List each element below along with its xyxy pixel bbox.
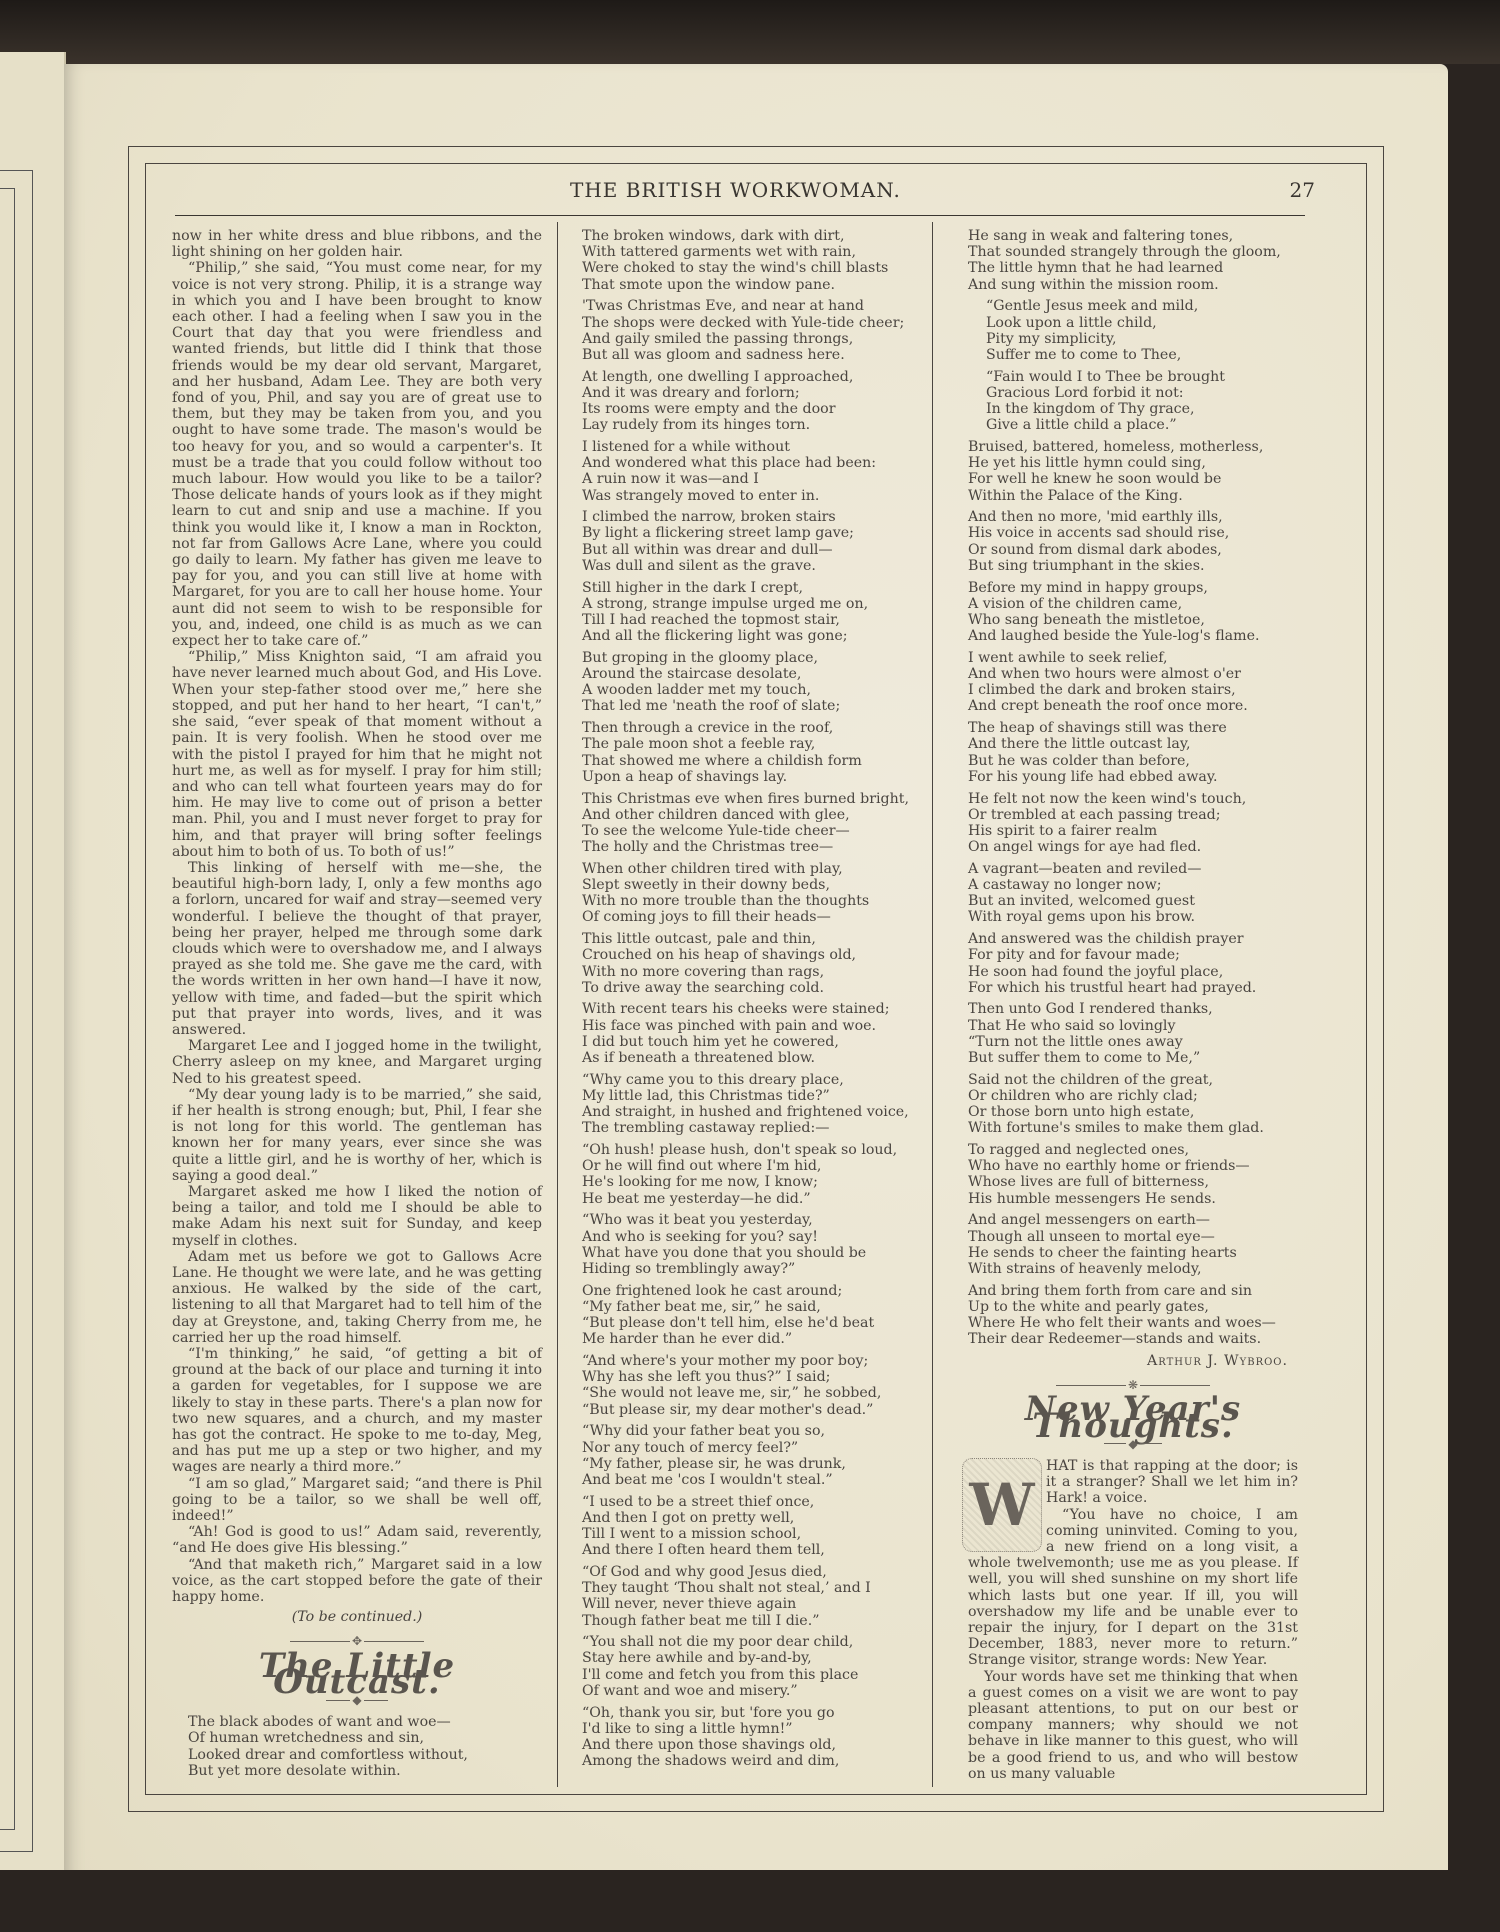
poem-line: I listened for a while without (582, 439, 912, 455)
poem-line: And wondered what this place had been: (582, 455, 912, 471)
poem-stanza: A vagrant—beaten and reviled—A castaway … (968, 861, 1298, 926)
previous-page-edge (0, 52, 66, 1872)
poem-line: And sung within the mission room. (968, 277, 1298, 293)
poem-line: And beat me 'cos I wouldn't steal.” (582, 1472, 912, 1488)
essay-body: W HAT is that rapping at the door; is it… (968, 1458, 1298, 1782)
hymn-stanza: “Gentle Jesus meek and mild,Look upon a … (968, 298, 1298, 363)
poem-line: Bruised, battered, homeless, motherless, (968, 439, 1298, 455)
poem-stanza: I went awhile to seek relief,And when tw… (968, 650, 1298, 715)
previous-page-frame-inner (0, 188, 15, 1830)
poem-line: His humble messengers He sends. (968, 1191, 1298, 1207)
poem-line: I climbed the narrow, broken stairs (582, 509, 912, 525)
poem-line: For which his trustful heart had prayed. (968, 980, 1298, 996)
poem-line: And laughed beside the Yule-log's flame. (968, 628, 1298, 644)
poem-stanza: Said not the children of the great,Or ch… (968, 1072, 1298, 1137)
poem-line: “Oh hush! please hush, don't speak so lo… (582, 1142, 912, 1158)
poem-line: And bring them forth from care and sin (968, 1283, 1298, 1299)
poem-line: Though father beat me till I die.” (582, 1613, 912, 1629)
poem-line: Among the shadows weird and dim, (582, 1753, 912, 1769)
poem-line: Who sang beneath the mistletoe, (968, 612, 1298, 628)
poem-line: “Why did your father beat you so, (582, 1423, 912, 1439)
poem-line: Said not the children of the great, (968, 1072, 1298, 1088)
poem-line: Within the Palace of the King. (968, 488, 1298, 504)
poem-line: Hiding so tremblingly away?” (582, 1261, 912, 1277)
poem-line: He beat me yesterday—he did.” (582, 1191, 912, 1207)
poem-line: To see the welcome Yule-tide cheer— (582, 823, 912, 839)
poem-line: To drive away the searching cold. (582, 980, 912, 996)
poem-line: For his young life had ebbed away. (968, 769, 1298, 785)
poem-line: Their dear Redeemer—stands and waits. (968, 1331, 1298, 1347)
poem-line: The pale moon shot a feeble ray, (582, 736, 912, 752)
poem-stanza: Then unto God I rendered thanks,That He … (968, 1001, 1298, 1066)
poem-line: A wooden ladder met my touch, (582, 682, 912, 698)
scan-backdrop-top (0, 0, 1500, 64)
poem-line: The holly and the Christmas tree— (582, 839, 912, 855)
poem-line: Suffer me to come to Thee, (986, 347, 1298, 363)
poem-line: But all was gloom and sadness here. (582, 347, 912, 363)
poem-stanza: “You shall not die my poor dear child,St… (582, 1634, 912, 1699)
poem-line: But all within was drear and dull— (582, 542, 912, 558)
poem-line: “You shall not die my poor dear child, (582, 1634, 912, 1650)
story-paragraph: Margaret asked me how I liked the notion… (172, 1184, 542, 1249)
poem-line: I went awhile to seek relief, (968, 650, 1298, 666)
poem-stanza: This Christmas eve when fires burned bri… (582, 791, 912, 856)
poem-stanza: “Why came you to this dreary place,My li… (582, 1072, 912, 1137)
poem-line: This Christmas eve when fires burned bri… (582, 791, 912, 807)
poem-line: Where He who felt their wants and woes— (968, 1315, 1298, 1331)
poem-line: That sounded strangely through the gloom… (968, 244, 1298, 260)
story-paragraph: “Philip,” she said, “You must come near,… (172, 260, 542, 649)
story-paragraph: “I am so glad,” Margaret said; “and ther… (172, 1476, 542, 1525)
poem-line: And straight, in hushed and frightened v… (582, 1104, 912, 1120)
poem-line: Give a little child a place.” (986, 417, 1298, 433)
poem-line: Or those born unto high estate, (968, 1104, 1298, 1120)
story-paragraph: Adam met us before we got to Gallows Acr… (172, 1249, 542, 1346)
poem-line: When other children tired with play, (582, 861, 912, 877)
poem-stanza: One frightened look he cast around;“My f… (582, 1283, 912, 1348)
poem-stanza: Bruised, battered, homeless, motherless,… (968, 439, 1298, 504)
poem-stanza: Still higher in the dark I crept,A stron… (582, 580, 912, 645)
page-number: 27 (1290, 178, 1315, 202)
poem-line: But groping in the gloomy place, (582, 650, 912, 666)
poem-line: They taught ‘Thou shalt not steal,’ and … (582, 1580, 912, 1596)
poem-line: With tattered garments wet with rain, (582, 244, 912, 260)
diamond-icon: ◆ (352, 1692, 361, 1708)
poem-line: Who have no earthly home or friends— (968, 1158, 1298, 1174)
poem-line: “Oh, thank you sir, but 'fore you go (582, 1705, 912, 1721)
poem-line: “My father, please sir, he was drunk, (582, 1456, 912, 1472)
column-divider-2 (932, 222, 933, 1787)
hymn-stanza: “Fain would I to Thee be broughtGracious… (968, 369, 1298, 434)
poem-line: And there the little outcast lay, (968, 736, 1298, 752)
poem-line: His face was pinched with pain and woe. (582, 1018, 912, 1034)
poem-line: Of want and woe and misery.” (582, 1683, 912, 1699)
poem-stanza: But groping in the gloomy place,Around t… (582, 650, 912, 715)
poem-line: The broken windows, dark with dirt, (582, 228, 912, 244)
poem-line: The trembling castaway replied:— (582, 1120, 912, 1136)
story-paragraph: This linking of herself with me—she, the… (172, 860, 542, 1038)
column-1: now in her white dress and blue ribbons,… (172, 228, 542, 1785)
poem-line: Around the staircase desolate, (582, 666, 912, 682)
poem-line: On angel wings for aye had fled. (968, 839, 1298, 855)
poem-line: Then unto God I rendered thanks, (968, 1001, 1298, 1017)
poem-line: The little hymn that he had learned (968, 260, 1298, 276)
poem-line: What have you done that you should be (582, 1245, 912, 1261)
poem-stanza: Before my mind in happy groups,A vision … (968, 580, 1298, 645)
poem-line: “Turn not the little ones away (968, 1034, 1298, 1050)
poem-line: By light a flickering street lamp gave; (582, 525, 912, 541)
poem-stanza: And answered was the childish prayerFor … (968, 931, 1298, 996)
poem-line: And there upon those shavings old, (582, 1737, 912, 1753)
poem-line: Was dull and silent as the grave. (582, 558, 912, 574)
poem-line: Its rooms were empty and the door (582, 401, 912, 417)
poem-line: A vagrant—beaten and reviled— (968, 861, 1298, 877)
poem-line: “Of God and why good Jesus died, (582, 1564, 912, 1580)
poem-line: Of coming joys to fill their heads— (582, 909, 912, 925)
poem-line: One frightened look he cast around; (582, 1283, 912, 1299)
column-2: The broken windows, dark with dirt,With … (582, 228, 912, 1775)
poem-line: He sang in weak and faltering tones, (968, 228, 1298, 244)
story-paragraph: now in her white dress and blue ribbons,… (172, 228, 542, 260)
poem-line: Stay here awhile and by-and-by, (582, 1650, 912, 1666)
poem-stanza: He felt not now the keen wind's touch,Or… (968, 791, 1298, 856)
poem-line: And crept beneath the roof once more. (968, 698, 1298, 714)
poem-stanza: I climbed the narrow, broken stairsBy li… (582, 509, 912, 574)
poem-stanza: And angel messengers on earth—Though all… (968, 1212, 1298, 1277)
poem-stanza: With recent tears his cheeks were staine… (582, 1001, 912, 1066)
poem-stanza: “Oh hush! please hush, don't speak so lo… (582, 1142, 912, 1207)
poem-stanza: And bring them forth from care and sinUp… (968, 1283, 1298, 1348)
poem-line: A vision of the children came, (968, 596, 1298, 612)
poem-line: As if beneath a threatened blow. (582, 1050, 912, 1066)
poem-line: And then I got on pretty well, (582, 1510, 912, 1526)
poem-line: “I used to be a street thief once, (582, 1494, 912, 1510)
poem-line: Looked drear and comfortless without, (188, 1747, 542, 1763)
poem-line: Whose lives are full of bitterness, (968, 1174, 1298, 1190)
story-paragraph: “I'm thinking,” he said, “of getting a b… (172, 1346, 542, 1476)
poem-line: “She would not leave me, sir,” he sobbed… (582, 1385, 912, 1401)
poem-line: Or he will find out where I'm hid, (582, 1158, 912, 1174)
poem-line: For pity and for favour made; (968, 947, 1298, 963)
poem-line: And then no more, 'mid earthly ills, (968, 509, 1298, 525)
poem-line: Or children who are richly clad; (968, 1088, 1298, 1104)
essay-paragraph: Your words have set me thinking that whe… (968, 1669, 1298, 1782)
poem-line: “But please sir, my dear mother's dead.” (582, 1402, 912, 1418)
poem-line: With no more trouble than the thoughts (582, 893, 912, 909)
title-ornament: ◆ (968, 1436, 1298, 1452)
poem-line: “Fain would I to Thee be brought (986, 369, 1298, 385)
poem-line: Gracious Lord forbid it not: (986, 385, 1298, 401)
poem-line: And when two hours were almost o'er (968, 666, 1298, 682)
poem-line: And there I often heard them tell, (582, 1542, 912, 1558)
poem-line: Nor any touch of mercy feel?” (582, 1440, 912, 1456)
poem-line: Though all unseen to mortal eye— (968, 1229, 1298, 1245)
scan-backdrop-bottom (0, 1870, 1500, 1932)
poem-stanza: This little outcast, pale and thin,Crouc… (582, 931, 912, 996)
column-divider-1 (557, 222, 558, 1787)
poem-line: “But please don't tell him, else he'd be… (582, 1315, 912, 1331)
poem-line: Till I went to a mission school, (582, 1526, 912, 1542)
poem-line: Me harder than he ever did.” (582, 1331, 912, 1347)
poem-line: And other children danced with glee, (582, 807, 912, 823)
to-be-continued: (To be continued.) (172, 1609, 542, 1625)
poem-line: “Why came you to this dreary place, (582, 1072, 912, 1088)
poem-line: And angel messengers on earth— (968, 1212, 1298, 1228)
poem-line: Then through a crevice in the roof, (582, 720, 912, 736)
poem-stanza: “Who was it beat you yesterday,And who i… (582, 1212, 912, 1277)
poem-line: And all the flickering light was gone; (582, 628, 912, 644)
poem-line: And it was dreary and forlorn; (582, 385, 912, 401)
poem-stanza: “I used to be a street thief once,And th… (582, 1494, 912, 1559)
poem-stanza: “Oh, thank you sir, but 'fore you goI'd … (582, 1705, 912, 1770)
poem-line: He's looking for me now, I know; (582, 1174, 912, 1190)
poem-line: Till I had reached the topmost stair, (582, 612, 912, 628)
story-paragraph: “Philip,” Miss Knighton said, “I am afra… (172, 649, 542, 860)
poem-line: And who is seeking for you? say! (582, 1229, 912, 1245)
poem-line: “My father beat me, sir,” he said, (582, 1299, 912, 1315)
poem-line: For well he knew he soon would be (968, 471, 1298, 487)
poem-line: With strains of heavenly melody, (968, 1261, 1298, 1277)
poem-line: Will never, never thieve again (582, 1596, 912, 1612)
poem-stanza: And then no more, 'mid earthly ills,His … (968, 509, 1298, 574)
poem-line: But yet more desolate within. (188, 1763, 542, 1779)
poem-line: But he was colder than before, (968, 753, 1298, 769)
poem-line: To ragged and neglected ones, (968, 1142, 1298, 1158)
poem-line: His voice in accents sad should rise, (968, 525, 1298, 541)
poem-line: And answered was the childish prayer (968, 931, 1298, 947)
poem-line: Look upon a little child, (986, 315, 1298, 331)
poem-author: Arthur J. Wybroo. (968, 1353, 1288, 1369)
poem-line: Or sound from dismal dark abodes, (968, 542, 1298, 558)
poem-line: 'Twas Christmas Eve, and near at hand (582, 298, 912, 314)
poem-line: The shops were decked with Yule-tide che… (582, 315, 912, 331)
poem-stanza: I listened for a while withoutAnd wonder… (582, 439, 912, 504)
poem-line: Up to the white and pearly gates, (968, 1299, 1298, 1315)
poem-line: Crouched on his heap of shavings old, (582, 947, 912, 963)
poem-line: With recent tears his cheeks were staine… (582, 1001, 912, 1017)
poem-stanza: At length, one dwelling I approached,And… (582, 369, 912, 434)
poem-line: Still higher in the dark I crept, (582, 580, 912, 596)
poem-line: That showed me where a childish form (582, 753, 912, 769)
poem-line: My little lad, this Christmas tide?” (582, 1088, 912, 1104)
poem-line: That smote upon the window pane. (582, 277, 912, 293)
poem-line: He sends to cheer the fainting hearts (968, 1245, 1298, 1261)
poem-line: Lay rudely from its hinges torn. (582, 417, 912, 433)
poem-stanza: The black abodes of want and woe— Of hum… (172, 1714, 542, 1779)
poem-stanza: Then through a crevice in the roof,The p… (582, 720, 912, 785)
poem-line: I did but touch him yet he cowered, (582, 1034, 912, 1050)
poem-stanza: 'Twas Christmas Eve, and near at handThe… (582, 298, 912, 363)
poem-line: With no more covering than rags, (582, 964, 912, 980)
poem-line: Were choked to stay the wind's chill bla… (582, 260, 912, 276)
poem-stanza: When other children tired with play,Slep… (582, 861, 912, 926)
poem-line: With fortune's smiles to make them glad. (968, 1120, 1298, 1136)
poem-stanza: He sang in weak and faltering tones,That… (968, 228, 1298, 293)
poem-line: Pity my simplicity, (986, 331, 1298, 347)
poem-line: But suffer them to come to Me,” (968, 1050, 1298, 1066)
poem-stanza: To ragged and neglected ones,Who have no… (968, 1142, 1298, 1207)
story-paragraph: “My dear young lady is to be married,” s… (172, 1087, 542, 1184)
poem-line: A ruin now it was—and I (582, 471, 912, 487)
poem-stanza: The heap of shavings still was thereAnd … (968, 720, 1298, 785)
poem-line: I'll come and fetch you from this place (582, 1667, 912, 1683)
poem-line: “Who was it beat you yesterday, (582, 1212, 912, 1228)
poem-line: With royal gems upon his brow. (968, 909, 1298, 925)
poem-line: Was strangely moved to enter in. (582, 488, 912, 504)
poem-title: The Little Outcast. (172, 1658, 542, 1690)
title-ornament: ◆ (172, 1692, 542, 1708)
poem-line: I'd like to sing a little hymn!” (582, 1721, 912, 1737)
poem-line: “Gentle Jesus meek and mild, (986, 298, 1298, 314)
diamond-icon: ◆ (1128, 1436, 1137, 1452)
poem-line: He yet his little hymn could sing, (968, 455, 1298, 471)
poem-line: Before my mind in happy groups, (968, 580, 1298, 596)
poem-line: Slept sweetly in their downy beds, (582, 877, 912, 893)
poem-line: Upon a heap of shavings lay. (582, 769, 912, 785)
poem-line: The heap of shavings still was there (968, 720, 1298, 736)
poem-stanza: “And where's your mother my poor boy;Why… (582, 1353, 912, 1418)
poem-line: He soon had found the joyful place, (968, 964, 1298, 980)
essay-title: New Year's Thoughts. (968, 1401, 1298, 1433)
poem-stanza: “Of God and why good Jesus died,They tau… (582, 1564, 912, 1629)
poem-line: In the kingdom of Thy grace, (986, 401, 1298, 417)
poem-line: “And where's your mother my poor boy; (582, 1353, 912, 1369)
story-paragraph: “Ah! God is good to us!” Adam said, reve… (172, 1524, 542, 1556)
poem-line: But sing triumphant in the skies. (968, 558, 1298, 574)
poem-continuation: He sang in weak and faltering tones,That… (968, 228, 1298, 1348)
publication-title: THE BRITISH WORKWOMAN. (570, 178, 901, 202)
header-rule (175, 215, 1305, 216)
column-3: He sang in weak and faltering tones,That… (968, 228, 1298, 1782)
poem-line: The black abodes of want and woe— (188, 1714, 542, 1730)
poem-line: That led me 'neath the roof of slate; (582, 698, 912, 714)
poem-line: I climbed the dark and broken stairs, (968, 682, 1298, 698)
poem-line: A castaway no longer now; (968, 877, 1298, 893)
page-header: THE BRITISH WORKWOMAN. 27 (160, 178, 1315, 214)
poem-stanza: The broken windows, dark with dirt,With … (582, 228, 912, 293)
poem-line: But an invited, welcomed guest (968, 893, 1298, 909)
story-paragraph: “And that maketh rich,” Margaret said in… (172, 1557, 542, 1606)
poem-line: Of human wretchedness and sin, (188, 1730, 542, 1746)
poem-stanza: “Why did your father beat you so,Nor any… (582, 1423, 912, 1488)
poem-line: Why has she left you thus?” I said; (582, 1369, 912, 1385)
poem-line: At length, one dwelling I approached, (582, 369, 912, 385)
poem-line: His spirit to a fairer realm (968, 823, 1298, 839)
poem-line: A strong, strange impulse urged me on, (582, 596, 912, 612)
poem-line: He felt not now the keen wind's touch, (968, 791, 1298, 807)
poem-line: This little outcast, pale and thin, (582, 931, 912, 947)
story-paragraph: Margaret Lee and I jogged home in the tw… (172, 1038, 542, 1087)
illuminated-initial: W (962, 1458, 1042, 1552)
poem-line: Or trembled at each passing tread; (968, 807, 1298, 823)
poem-line: And gaily smiled the passing throngs, (582, 331, 912, 347)
poem-line: That He who said so lovingly (968, 1018, 1298, 1034)
